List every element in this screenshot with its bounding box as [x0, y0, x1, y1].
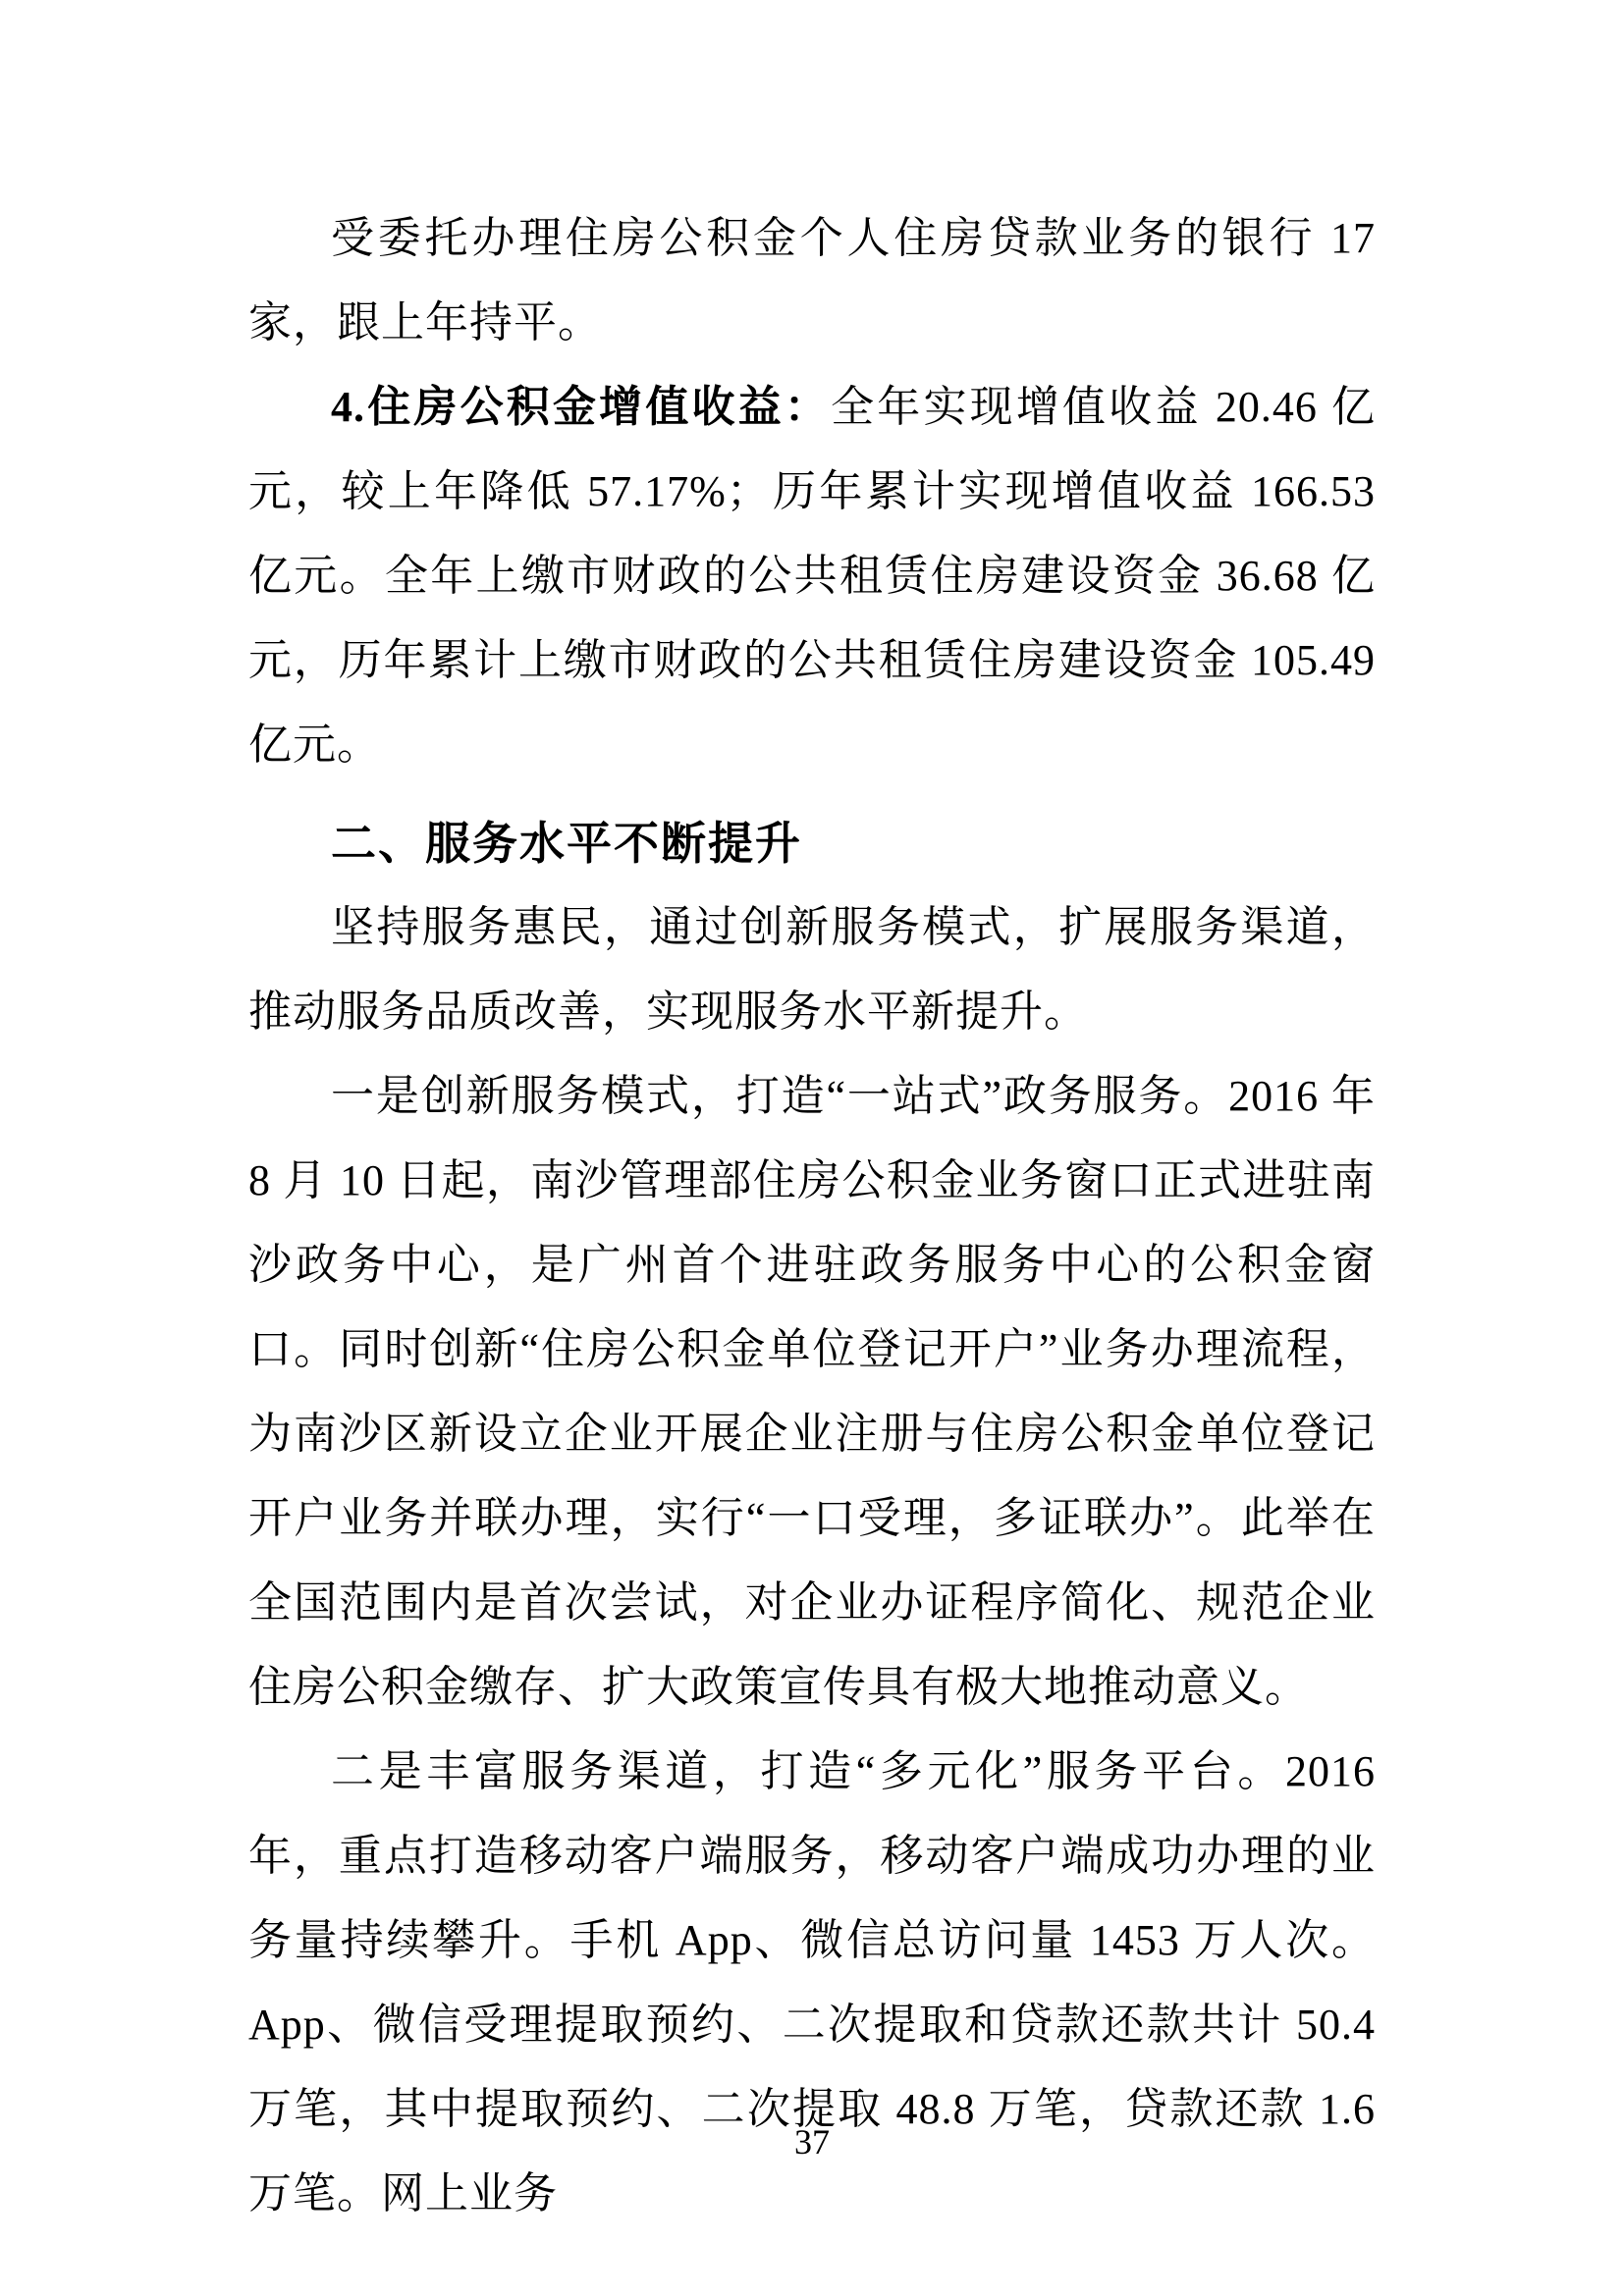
paragraph-value-added-income-body: 全年实现增值收益 20.46 亿元，较上年降低 57.17%；历年累计实现增值收…: [248, 383, 1376, 769]
paragraph-one-stop-service: 一是创新服务模式，打造“一站式”政务服务。2016 年 8 月 10 日起，南沙…: [248, 1054, 1376, 1730]
paragraph-value-added-income-lead: 4.住房公积金增值收益：: [331, 383, 831, 431]
paragraph-value-added-income: 4.住房公积金增值收益：全年实现增值收益 20.46 亿元，较上年降低 57.1…: [248, 365, 1376, 787]
paragraph-service-intro: 坚持服务惠民，通过创新服务模式，扩展服务渠道，推动服务品质改善，实现服务水平新提…: [248, 885, 1376, 1054]
paragraph-entrusted-banks: 受委托办理住房公积金个人住房贷款业务的银行 17 家，跟上年持平。: [248, 196, 1376, 365]
document-page: { "document": { "section_heading": "二、服务…: [0, 0, 1624, 2296]
section-heading-service-level: 二、服务水平不断提升: [248, 801, 1376, 885]
document-body: 受委托办理住房公积金个人住房贷款业务的银行 17 家，跟上年持平。 4.住房公积…: [248, 196, 1376, 2236]
page-footer: 37: [0, 2123, 1624, 2161]
page-number: 37: [794, 2122, 830, 2162]
